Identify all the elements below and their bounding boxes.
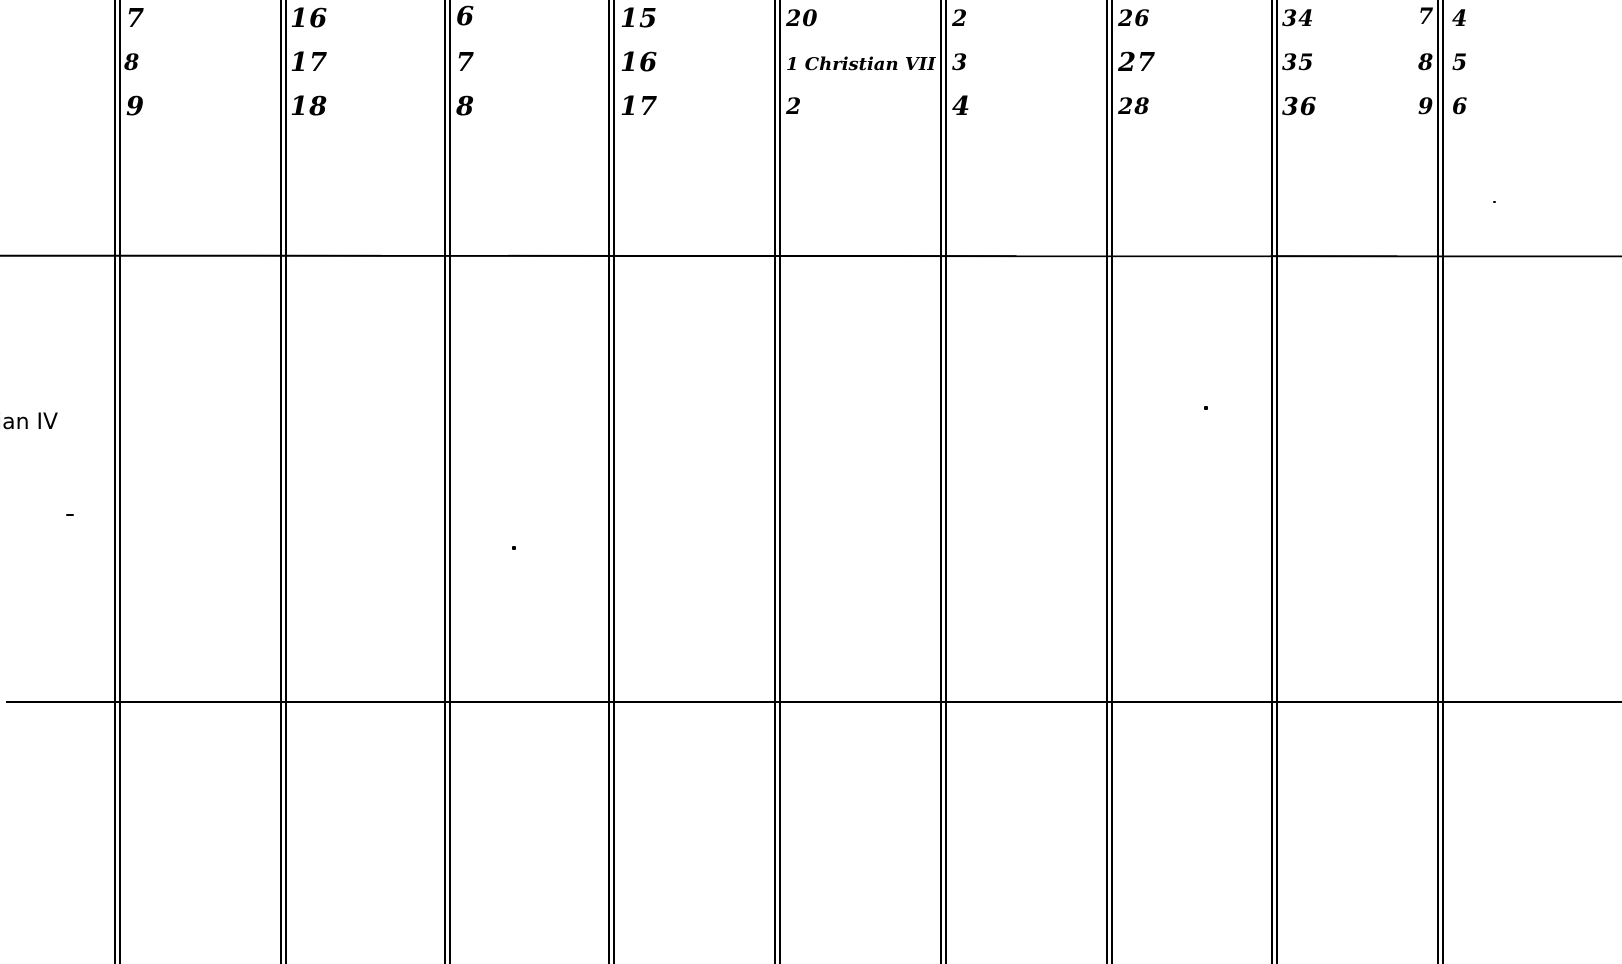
column-rule-2	[280, 0, 288, 964]
cell-c8-r2: 35	[1282, 48, 1315, 78]
cell-c2-r1: 16	[290, 4, 328, 34]
cell-c9-r3: 9	[1418, 92, 1434, 122]
scan-speck	[1493, 201, 1496, 203]
horizontal-rule-2	[6, 701, 1622, 703]
column-rule-1	[114, 0, 122, 964]
cell-c10-r3: 6	[1452, 92, 1468, 122]
scan-speck	[66, 514, 74, 516]
cell-c3-r2: 7	[456, 48, 475, 78]
scanned-page: 7 8 9 16 17 18 6 7 8 15 16 17 20 1 Chris…	[0, 0, 1622, 964]
cell-c1-r1: 7	[126, 4, 145, 34]
column-rule-8	[1271, 0, 1279, 964]
cell-c4-r2: 16	[620, 48, 658, 78]
cell-c5-r3: 2	[786, 92, 802, 122]
cell-c9-r2: 8	[1418, 48, 1434, 78]
cell-c10-r2: 5	[1452, 48, 1468, 78]
cell-c5-r1: 20	[786, 4, 819, 34]
cell-c6-r3: 4	[952, 92, 971, 122]
cell-c2-r2: 17	[290, 48, 328, 78]
cell-c5-r2: 1 Christian VII	[786, 50, 936, 80]
cell-c8-r1: 34	[1282, 4, 1315, 34]
column-rule-6	[940, 0, 948, 964]
cell-c7-r1: 26	[1118, 4, 1151, 34]
cell-c6-r1: 2	[952, 4, 968, 34]
column-rule-9	[1437, 0, 1445, 964]
cell-c4-r3: 17	[620, 92, 658, 122]
reign-label-left: ian IV	[0, 410, 58, 435]
cell-c8-r3: 36	[1282, 92, 1317, 122]
cell-c7-r3: 28	[1118, 92, 1151, 122]
column-rule-4	[608, 0, 616, 964]
horizontal-rule-1	[0, 255, 1622, 258]
cell-c6-r2: 3	[952, 48, 968, 78]
cell-c9-r1: 7	[1418, 2, 1434, 32]
cell-c1-r2: 8	[124, 48, 140, 78]
scan-speck	[512, 546, 516, 550]
column-rule-5	[774, 0, 782, 964]
cell-c7-r2: 27	[1118, 48, 1156, 78]
cell-c10-r1: 4	[1452, 4, 1468, 34]
column-rule-7	[1106, 0, 1114, 964]
scan-speck	[1204, 406, 1208, 410]
cell-c3-r3: 8	[456, 92, 475, 122]
cell-c4-r1: 15	[620, 4, 658, 34]
column-rule-3	[444, 0, 452, 964]
cell-c2-r3: 18	[290, 92, 328, 122]
cell-c3-r1: 6	[456, 2, 475, 32]
cell-c1-r3: 9	[126, 92, 145, 122]
